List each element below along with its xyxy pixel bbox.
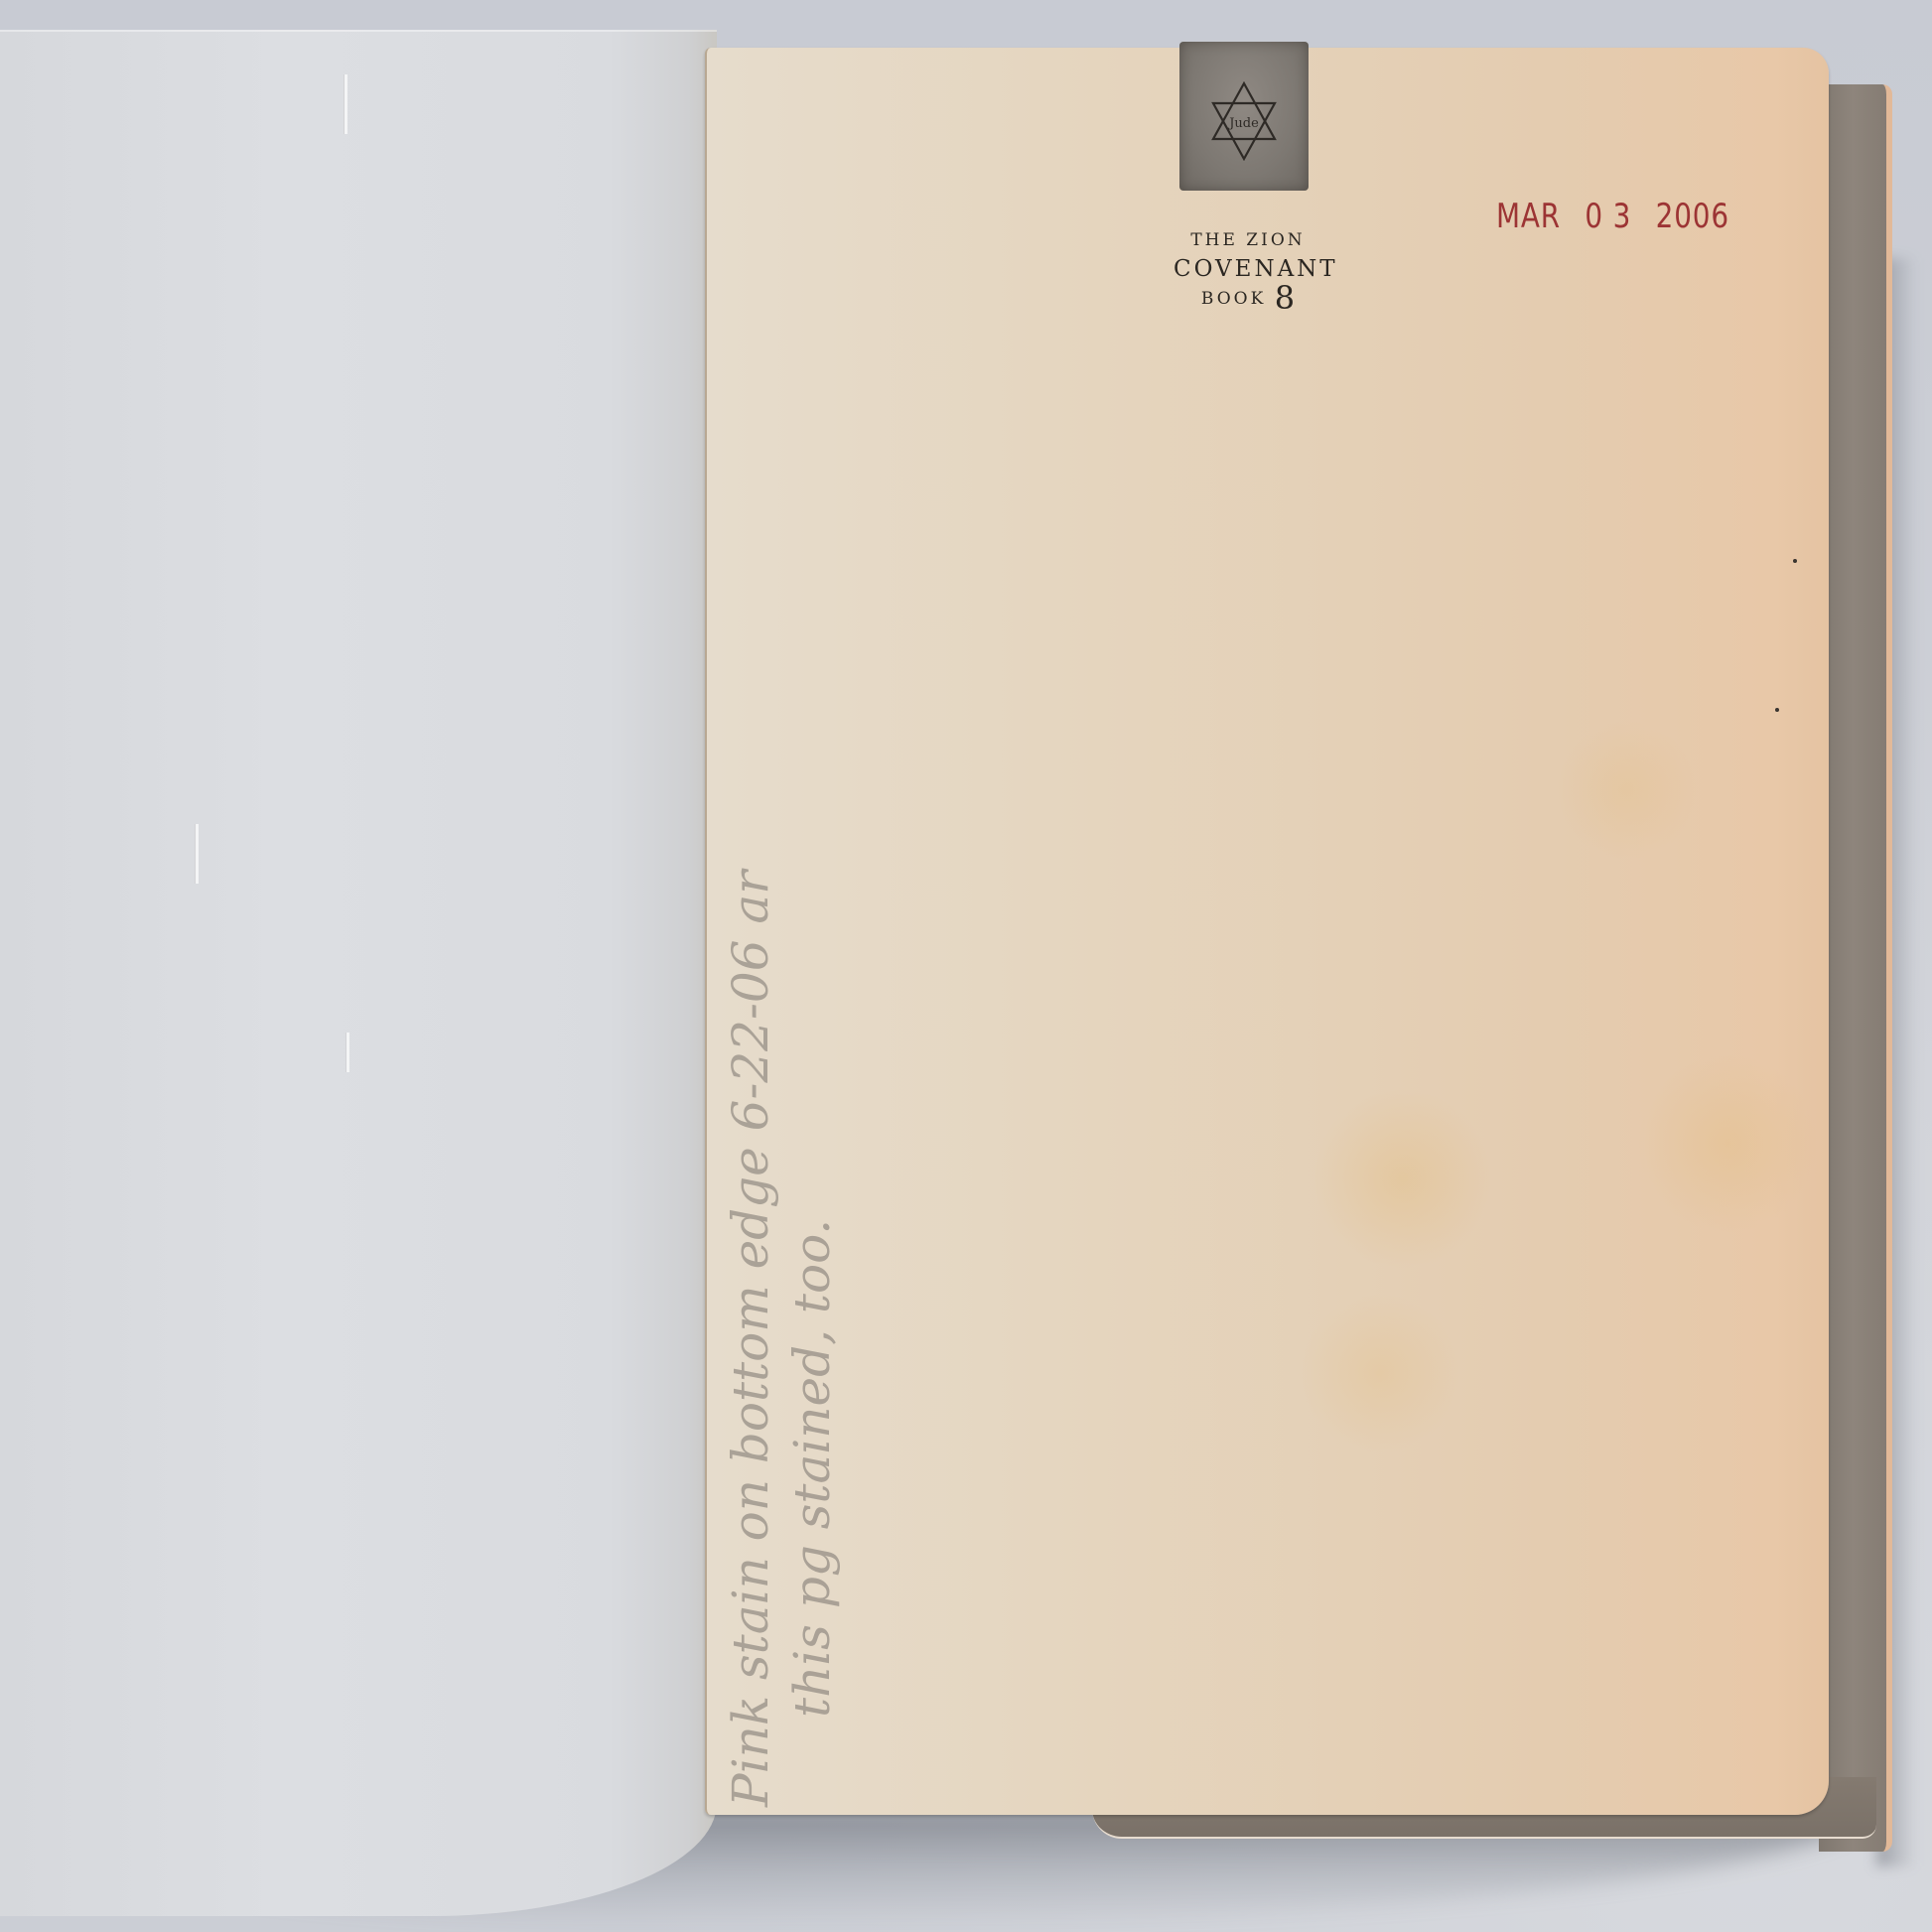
paper-fleck <box>1775 708 1779 712</box>
series-line-2: COVENANT <box>1173 255 1322 284</box>
stamp-month: MAR <box>1496 197 1561 236</box>
page-crease <box>344 74 347 134</box>
emblem-block: Jude <box>1179 42 1309 191</box>
star-of-david-icon: Jude <box>1209 81 1279 161</box>
half-title-page: Jude THE ZION COVENANT BOOK 8 MAR 0 3 20… <box>705 48 1829 1815</box>
series-line-3: BOOK 8 <box>1173 284 1322 314</box>
stamp-year: 2006 <box>1656 197 1729 236</box>
book-number: 8 <box>1275 279 1295 317</box>
pencil-inscription: Pink stain on bottom edge 6-22-06 ar thi… <box>720 536 843 1807</box>
inside-front-cover <box>0 30 717 1916</box>
page-crease <box>345 1033 349 1072</box>
series-title: THE ZION COVENANT BOOK 8 <box>1173 226 1322 314</box>
date-stamp: MAR 0 3 2006 <box>1496 197 1744 236</box>
page-crease <box>195 824 199 884</box>
series-line-1: THE ZION <box>1173 226 1322 255</box>
stamp-day: 0 3 <box>1585 197 1631 236</box>
back-cover-edge <box>1819 84 1892 1852</box>
paper-fleck <box>1793 559 1797 563</box>
pencil-line-2: this pg stained, too. <box>781 536 843 1807</box>
book-word: BOOK <box>1201 289 1266 309</box>
svg-text:Jude: Jude <box>1227 116 1259 131</box>
pencil-line-1: Pink stain on bottom edge 6-22-06 ar <box>720 536 781 1807</box>
